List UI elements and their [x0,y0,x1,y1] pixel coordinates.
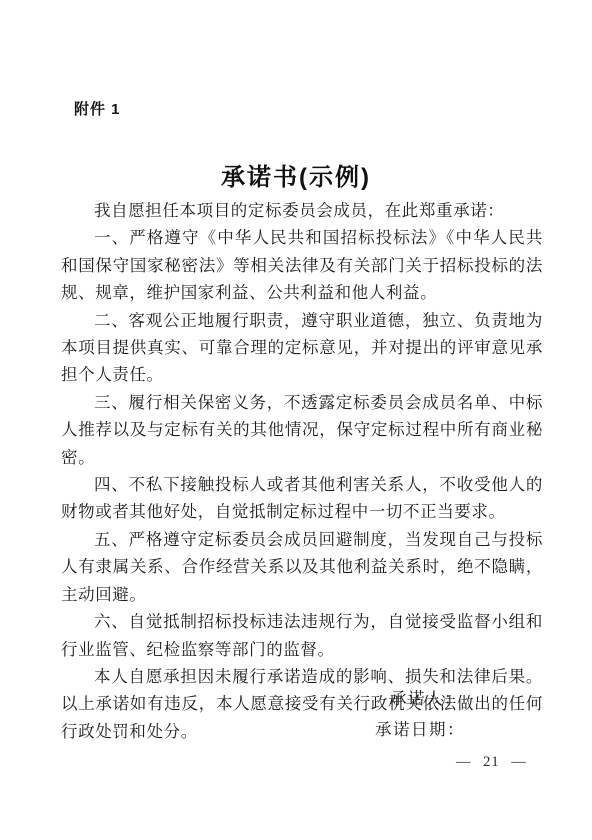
paragraph-item-3: 三、履行相关保密义务，不透露定标委员会成员名单、中标人推荐以及与定标有关的其他情… [61,389,543,471]
paragraph-item-4: 四、不私下接触投标人或者其他利害关系人，不收受他人的财物或者其他好处，自觉抵制定… [61,471,543,526]
paragraph-item-1: 一、严格遵守《中华人民共和国招标投标法》《中华人民共和国保守国家秘密法》等相关法… [61,224,543,306]
document-body: 我自愿担任本项目的定标委员会成员，在此郑重承诺： 一、严格遵守《中华人民共和国招… [61,197,543,745]
signature-date-label: 承诺日期： [375,716,465,740]
paragraph-intro: 我自愿担任本项目的定标委员会成员，在此郑重承诺： [61,197,543,224]
document-page: 附件 1 承诺书(示例) 我自愿担任本项目的定标委员会成员，在此郑重承诺： 一、… [0,0,592,840]
document-title: 承诺书(示例) [0,157,592,192]
page-number: — 21 — [456,754,527,771]
signature-signer-label: 承诺人： [390,685,462,709]
attachment-label: 附件 1 [74,98,121,119]
paragraph-closing: 本人自愿承担因未履行承诺造成的影响、损失和法律后果。以上承诺如有违反，本人愿意接… [61,663,543,745]
paragraph-item-5: 五、严格遵守定标委员会成员回避制度，当发现自己与投标人有隶属关系、合作经营关系以… [61,526,543,608]
paragraph-item-6: 六、自觉抵制招标投标违法违规行为，自觉接受监督小组和行业监管、纪检监察等部门的监… [61,608,543,663]
paragraph-item-2: 二、客观公正地履行职责，遵守职业道德，独立、负责地为本项目提供真实、可靠合理的定… [61,307,543,389]
